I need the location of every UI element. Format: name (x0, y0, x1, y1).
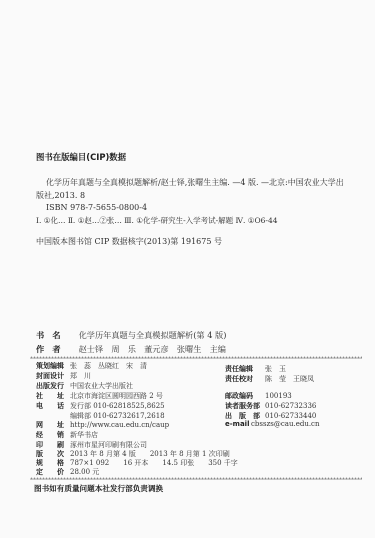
detail-label: 出版发行 (36, 381, 70, 391)
cip-title: 图书在版编目(CIP)数据 (36, 151, 126, 163)
detail-label: 社 址 (36, 391, 70, 401)
quality-notice: 图书如有质量问题本社发行部负责调换 (34, 483, 163, 494)
book-title-value: 化学历年真题与全真模拟题解析(第 4 版) (79, 330, 227, 341)
detail-row: 读者服务部010-62732336 (225, 401, 316, 411)
detail-row: 责任校对陈 莹 王晓凤 (225, 374, 314, 384)
detail-label: 定 价 (36, 467, 70, 477)
detail-label: 邮政编码 (225, 391, 265, 401)
detail-row: 网 址http://www.cau.edu.cn/caup (36, 420, 169, 430)
email-link[interactable]: cbsszs@cau.edu.cn (251, 420, 319, 428)
detail-value: 北京市海淀区圆明园西路 2 号 (70, 391, 163, 401)
cip-record-line-1: 化学历年真题与全真模拟题解析/赵士铎,张曙生主编. —4 版. —北京:中国农业… (46, 177, 344, 188)
detail-value: 张 蕊 丛晓红 宋 清 (70, 361, 147, 371)
detail-label: 责任校对 (225, 374, 265, 384)
book-author-value: 赵士铎 周 乐 董元彦 张曙生 主编 (79, 344, 226, 355)
detail-label: e-mail (225, 420, 251, 428)
detail-row: 出版发行中国农业大学出版社 (36, 381, 133, 391)
detail-value: 陈 莹 王晓凤 (265, 375, 314, 383)
detail-row: 策划编辑张 蕊 丛晓红 宋 清 (36, 361, 147, 371)
cip-core-number: 中国版本图书馆 CIP 数据核字(2013)第 191675 号 (36, 236, 222, 247)
detail-row: 定 价28.00 元 (36, 467, 99, 477)
book-author-row: 作 者 赵士铎 周 乐 董元彦 张曙生 主编 (36, 344, 226, 355)
detail-row: e-mailcbsszs@cau.edu.cn (225, 420, 319, 428)
detail-label: 电 话 (36, 401, 70, 411)
detail-value: 中国农业大学出版社 (70, 381, 133, 391)
detail-row: 封面设计郑 川 (36, 371, 91, 381)
detail-value: 100193 (265, 392, 292, 400)
detail-label: 策划编辑 (36, 361, 70, 371)
detail-value: 28.00 元 (70, 467, 99, 477)
detail-row: 责任编辑张 玉 (225, 364, 286, 374)
detail-row: 经 销新华书店 (36, 430, 98, 440)
detail-row: 邮政编码100193 (225, 391, 292, 401)
detail-row: 社 址北京市海淀区圆明园西路 2 号 (36, 391, 163, 401)
top-divider (30, 356, 362, 360)
classification: Ⅰ. ①化… Ⅱ. ①赵…②张… Ⅲ. ①化学-研究生-入学考试-解题 Ⅳ. ①… (36, 215, 278, 226)
website-link[interactable]: http://www.cau.edu.cn/caup (70, 421, 169, 429)
detail-label: 经 销 (36, 430, 70, 440)
detail-label: 封面设计 (36, 371, 70, 381)
detail-value: 发行部 010-62818525,8625 (70, 401, 165, 411)
book-title-label: 书 名 (36, 330, 76, 341)
cip-record-line-2: 版社,2013. 8 (36, 190, 85, 201)
detail-value: 010-62732336 (265, 402, 316, 410)
detail-row: 电 话发行部 010-62818525,8625 (36, 401, 165, 411)
detail-value: 010-62733440 (265, 412, 316, 420)
detail-label: 网 址 (36, 420, 70, 430)
isbn: ISBN 978-7-5655-0800-4 (46, 203, 147, 212)
detail-value: 张 玉 (265, 365, 286, 373)
detail-value: 郑 川 (70, 371, 91, 381)
detail-label: 读者服务部 (225, 401, 265, 411)
detail-value: 新华书店 (70, 430, 98, 440)
book-title-row: 书 名 化学历年真题与全真模拟题解析(第 4 版) (36, 330, 226, 341)
bottom-divider (30, 477, 362, 481)
detail-label: 责任编辑 (225, 364, 265, 374)
book-author-label: 作 者 (36, 344, 76, 355)
